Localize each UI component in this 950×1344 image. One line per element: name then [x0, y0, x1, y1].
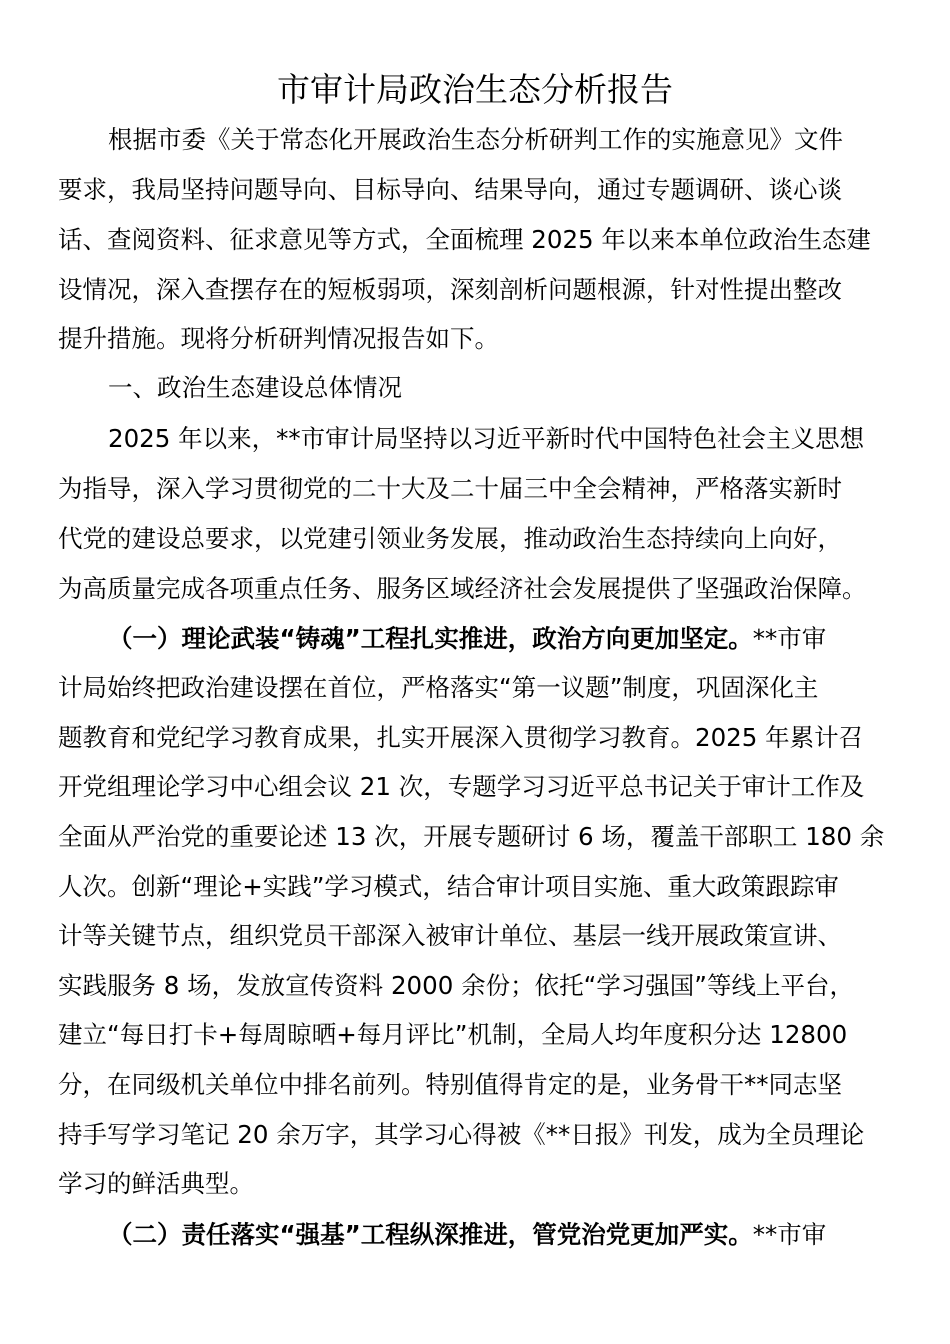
paragraph-overview-line-4: 为高质量完成各项重点任务、服务区域经济社会发展提供了坚强政治保障。: [58, 571, 893, 607]
subsection-1-line-2: 计局始终把政治建设摆在首位，严格落实“第一议题”制度，巩固深化主: [58, 670, 893, 706]
subsection-heading-2: （二）责任落实“强基”工程纵深推进，管党治党更加严实。: [108, 1220, 753, 1249]
subsection-1-line-11: 持手写学习笔记 20 余万字，其学习心得被《**日报》刊发，成为全员理论: [58, 1117, 893, 1153]
subsection-1-line-10: 分，在同级机关单位中排名前列。特别值得肯定的是，业务骨干**同志坚: [58, 1067, 893, 1103]
paragraph-intro-line-2: 要求，我局坚持问题导向、目标导向、结果导向，通过专题调研、谈心谈: [58, 172, 893, 208]
subsection-1-line-9: 建立“每日打卡+每周晾晒+每月评比”机制，全局人均年度积分达 12800: [58, 1017, 893, 1053]
document-page: 市审计局政治生态分析报告 根据市委《关于常态化开展政治生态分析研判工作的实施意见…: [0, 0, 950, 1344]
subsection-2-text-start: **市审: [753, 1220, 827, 1249]
paragraph-intro-line-1: 根据市委《关于常态化开展政治生态分析研判工作的实施意见》文件: [108, 122, 943, 158]
subsection-1-line-4: 开党组理论学习中心组会议 21 次，专题学习习近平总书记关于审计工作及: [58, 769, 893, 805]
paragraph-overview-line-1: 2025 年以来，**市审计局坚持以习近平新时代中国特色社会主义思想: [108, 421, 943, 457]
subsection-1-line-8: 实践服务 8 场，发放宣传资料 2000 余份；依托“学习强国”等线上平台，: [58, 968, 893, 1004]
paragraph-overview-line-2: 为指导，深入学习贯彻党的二十大及二十届三中全会精神，严格落实新时: [58, 471, 893, 507]
subsection-2-line-1: （二）责任落实“强基”工程纵深推进，管党治党更加严实。**市审: [108, 1217, 943, 1253]
subsection-1-text-start: **市审: [753, 624, 827, 653]
document-title: 市审计局政治生态分析报告: [0, 66, 950, 114]
section-heading-1: 一、政治生态建设总体情况: [108, 370, 943, 406]
subsection-heading-1: （一）理论武装“铸魂”工程扎实推进，政治方向更加坚定。: [108, 624, 753, 653]
subsection-1-line-7: 计等关键节点，组织党员干部深入被审计单位、基层一线开展政策宣讲、: [58, 918, 893, 954]
subsection-1-line-5: 全面从严治党的重要论述 13 次，开展专题研讨 6 场，覆盖干部职工 180 余: [58, 819, 893, 855]
paragraph-overview-line-3: 代党的建设总要求，以党建引领业务发展，推动政治生态持续向上向好，: [58, 521, 893, 557]
paragraph-intro-line-5: 提升措施。现将分析研判情况报告如下。: [58, 321, 893, 357]
paragraph-intro-line-3: 话、查阅资料、征求意见等方式，全面梳理 2025 年以来本单位政治生态建: [58, 222, 893, 258]
subsection-1-line-1: （一）理论武装“铸魂”工程扎实推进，政治方向更加坚定。**市审: [108, 621, 943, 657]
subsection-1-line-3: 题教育和党纪学习教育成果，扎实开展深入贯彻学习教育。2025 年累计召: [58, 720, 893, 756]
subsection-1-line-12: 学习的鲜活典型。: [58, 1166, 893, 1202]
subsection-1-line-6: 人次。创新“理论+实践”学习模式，结合审计项目实施、重大政策跟踪审: [58, 869, 893, 905]
paragraph-intro-line-4: 设情况，深入查摆存在的短板弱项，深刻剖析问题根源，针对性提出整改: [58, 272, 893, 308]
